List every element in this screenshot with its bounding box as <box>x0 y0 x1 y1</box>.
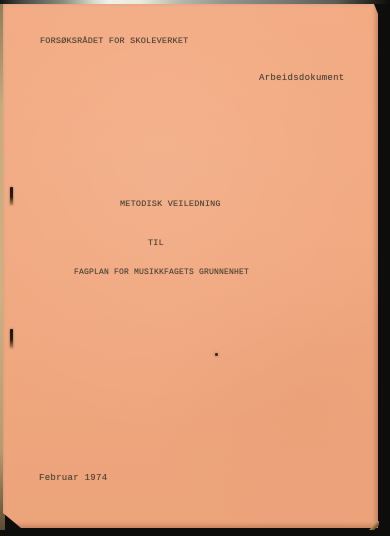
title-line-3: FAGPLAN FOR MUSIKKFAGETS GRUNNENHET <box>74 268 249 277</box>
organization-name: FORSØKSRÅDET FOR SKOLEVERKET <box>40 36 188 46</box>
document-type-label: Arbeidsdokument <box>259 73 345 83</box>
bottom-right-paper-sliver <box>369 521 379 530</box>
staple-top <box>10 187 13 205</box>
date-label: Februar 1974 <box>39 473 107 483</box>
scan-top-strip <box>0 0 390 4</box>
title-line-2: TIL <box>148 238 164 248</box>
document-cover-page: FORSØKSRÅDET FOR SKOLEVERKET Arbeidsdoku… <box>3 4 378 528</box>
scanned-document-photo: FORSØKSRÅDET FOR SKOLEVERKET Arbeidsdoku… <box>0 0 390 536</box>
staple-bottom <box>10 329 13 348</box>
ink-dot-artifact <box>215 353 218 356</box>
title-line-1: METODISK VEILEDNING <box>120 199 221 209</box>
